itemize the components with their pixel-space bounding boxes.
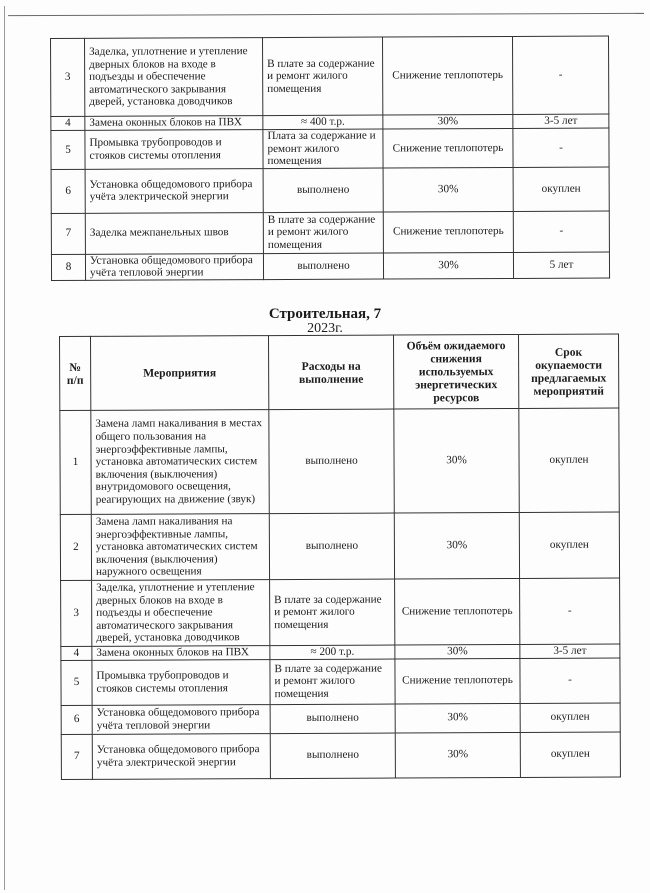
row-number: 6	[61, 705, 92, 734]
table-row: 3 Заделка, уплотнение и утепление дверны…	[51, 36, 609, 116]
activity-cell: Замена оконных блоков на ПВХ	[85, 116, 263, 131]
activity-cell: Промывка трубопроводов и стояков системы…	[85, 130, 263, 170]
cost-cell: ≈ 200 т.р.	[270, 645, 395, 659]
activity-cell: Замена оконных блоков на ПВХ	[92, 646, 270, 660]
reduction-cell: Снижение теплопотерь	[382, 36, 512, 115]
row-number: 1	[60, 410, 91, 514]
reduction-cell: 30%	[383, 114, 513, 129]
cost-cell: В плате за содержание и ремонт жилого по…	[270, 579, 395, 646]
payback-cell: окуплен	[520, 703, 620, 732]
row-number: 7	[61, 734, 92, 779]
table-row: 7 Установка общедомового прибора учёта э…	[61, 732, 620, 779]
payback-cell: окуплен	[519, 512, 619, 578]
cost-cell: выполнено	[263, 168, 383, 213]
table-row: 3 Заделка, уплотнение и утепление дверны…	[61, 578, 620, 646]
payback-cell: -	[513, 128, 609, 167]
row-number: 8	[51, 254, 85, 280]
reduction-cell: 30%	[383, 167, 513, 212]
reduction-cell: 30%	[394, 512, 519, 579]
header-payback: Срок окупаемости предлагаемых мероприяти…	[518, 334, 618, 408]
reduction-cell: Снижение теплопотерь	[395, 578, 520, 645]
reduction-cell: 30%	[383, 252, 513, 279]
payback-cell: -	[513, 211, 609, 252]
header-activity: Мероприятия	[91, 336, 269, 411]
activity-cell: Заделка межпанельных швов	[85, 212, 263, 254]
reduction-cell: 30%	[395, 703, 520, 733]
activity-cell: Промывка трубопроводов и стояков системы…	[92, 659, 270, 705]
activity-cell: Заделка, уплотнение и утепление дверных …	[85, 38, 263, 117]
measures-table-continued: 3 Заделка, уплотнение и утепление дверны…	[50, 36, 610, 281]
reduction-cell: Снижение теплопотерь	[383, 128, 513, 167]
row-number: 6	[51, 169, 85, 213]
table-row: 2 Замена ламп накаливания на энергоэффек…	[60, 512, 619, 580]
activity-cell: Установка общедомового прибора учёта теп…	[92, 704, 270, 734]
row-number: 4	[61, 646, 92, 660]
payback-cell: -	[512, 36, 608, 114]
reduction-cell: 30%	[394, 408, 519, 513]
header-cost: Расходы на выполнение	[269, 335, 394, 410]
reduction-cell: 30%	[395, 732, 520, 778]
table-row: 6 Установка общедомового прибора учёта т…	[61, 703, 620, 734]
table-row: 5 Промывка трубопроводов и стояков систе…	[61, 658, 620, 705]
cost-cell: выполнено	[263, 253, 383, 280]
activity-cell: Установка общедомового прибора учёта теп…	[85, 253, 263, 280]
reduction-cell: Снижение теплопотерь	[383, 211, 513, 253]
reduction-cell: Снижение теплопотерь	[395, 658, 520, 704]
row-number: 3	[61, 580, 92, 646]
cost-cell: выполнено	[269, 409, 394, 514]
table-row: 1 Замена ламп накаливания в местах общег…	[60, 408, 619, 514]
measures-table: № п/п Мероприятия Расходы на выполнение …	[59, 334, 621, 780]
cost-cell: В плате за содержание и ремонт жилого по…	[270, 659, 395, 705]
scan-edge-line	[8, 13, 644, 16]
payback-cell: окуплен	[520, 732, 620, 777]
reduction-cell: 30%	[395, 644, 520, 658]
cost-cell: выполнено	[270, 733, 395, 779]
table-header-row: № п/п Мероприятия Расходы на выполнение …	[60, 334, 619, 410]
payback-cell: 5 лет	[513, 252, 609, 279]
table-row: 7 Заделка межпанельных швов В плате за с…	[51, 211, 609, 254]
row-number: 2	[60, 514, 91, 580]
row-number: 4	[51, 116, 85, 130]
activity-cell: Заделка, уплотнение и утепление дверных …	[92, 580, 270, 647]
table-row: 5 Промывка трубопроводов и стояков систе…	[51, 128, 609, 169]
cost-cell: выполнено	[270, 704, 395, 734]
table-row: 6 Установка общедомового прибора учёта э…	[51, 167, 609, 213]
cost-cell: Плата за содержание и ремонт жилого поме…	[263, 129, 383, 168]
activity-cell: Установка общедомового прибора учёта эле…	[92, 733, 270, 779]
row-number: 5	[61, 660, 92, 705]
row-number: 5	[51, 130, 85, 169]
payback-cell: окуплен	[519, 408, 619, 512]
cost-cell: В плате за содержание и ремонт жилого по…	[263, 37, 383, 116]
payback-cell: -	[520, 658, 620, 703]
row-number: 3	[51, 38, 85, 116]
header-number: № п/п	[60, 336, 91, 410]
table-row: 8 Установка общедомового прибора учёта т…	[51, 252, 609, 281]
payback-cell: окуплен	[513, 167, 609, 211]
payback-cell: 3-5 лет	[520, 644, 620, 658]
activity-cell: Установка общедомового прибора учёта эле…	[85, 168, 263, 213]
header-reduction: Объём ожидаемого снижения используемых э…	[393, 334, 518, 409]
row-number: 7	[51, 213, 85, 254]
activity-cell: Замена ламп накаливания в местах общего …	[91, 410, 269, 515]
payback-cell: 3-5 лет	[513, 114, 609, 128]
activity-cell: Замена ламп накаливания на энергоэффекти…	[91, 514, 269, 581]
cost-cell: выполнено	[269, 513, 394, 580]
payback-cell: -	[520, 578, 620, 644]
scan-edge-line	[4, 6, 5, 890]
cost-cell: ≈ 400 т.р.	[263, 115, 383, 130]
cost-cell: В плате за содержание и ремонт жилого по…	[263, 212, 383, 254]
